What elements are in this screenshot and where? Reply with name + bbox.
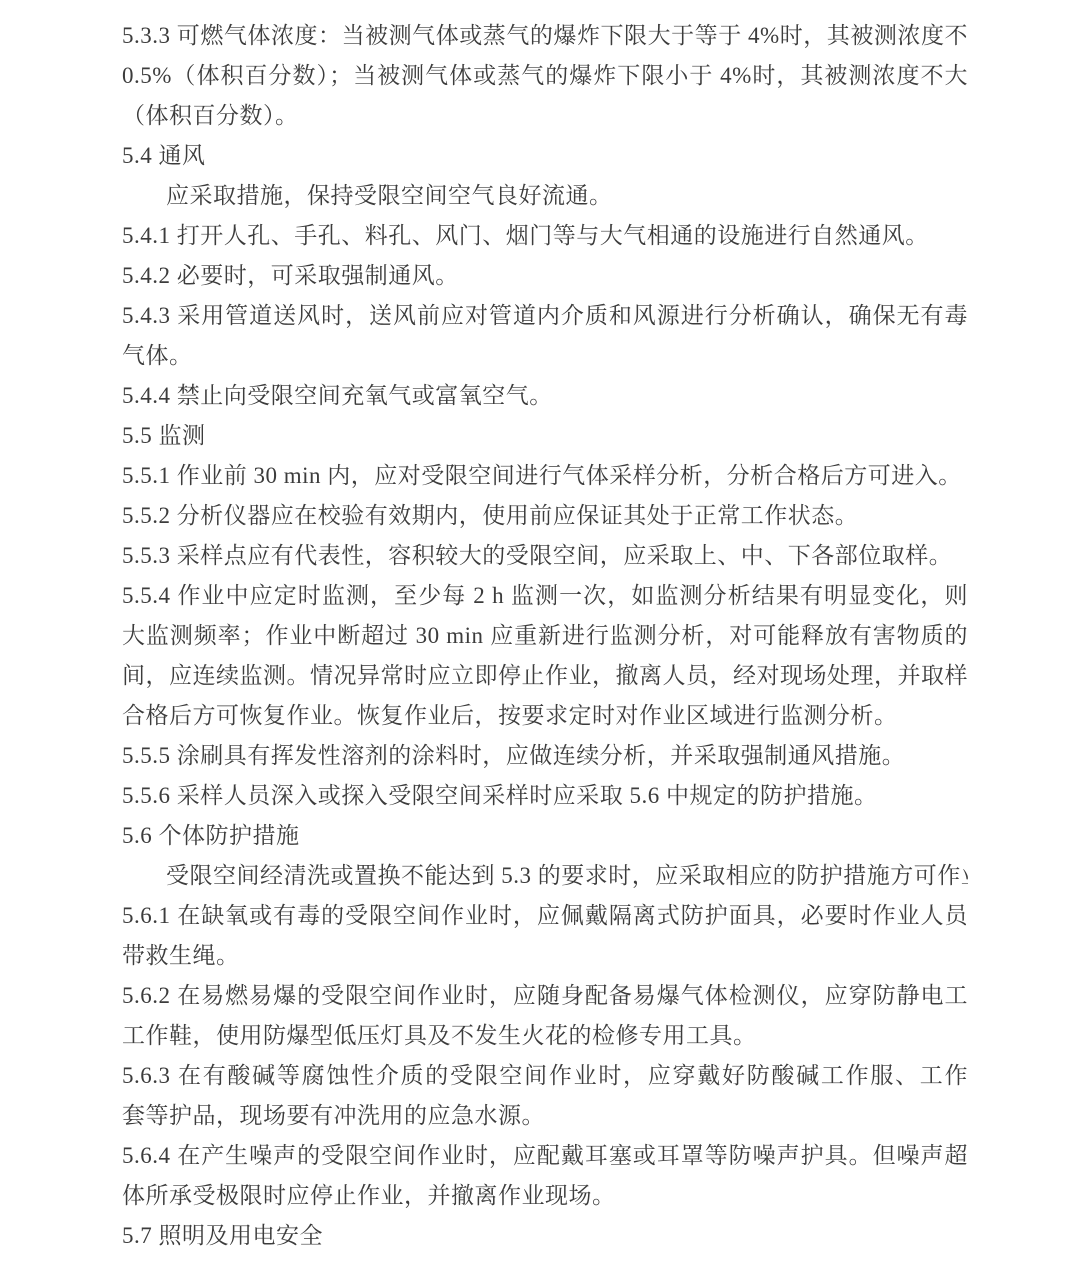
text-line: 5.6.3 在有酸碱等腐蚀性介质的受限空间作业时，应穿戴好防酸碱工作服、工作鞋、… xyxy=(122,1056,968,1096)
text-line: 受限空间经清洗或置换不能达到 5.3 的要求时，应采取相应的防护措施方可作业。 xyxy=(122,856,968,896)
text-line: 气体。 xyxy=(122,336,968,376)
text-line: 应采取措施，保持受限空间空气良好流通。 xyxy=(122,176,968,216)
text-line: （体积百分数）。 xyxy=(122,96,968,136)
text-line: 5.3.3 可燃气体浓度：当被测气体或蒸气的爆炸下限大于等于 4%时，其被测浓度… xyxy=(122,16,968,56)
text-line: 5.6.4 在产生噪声的受限空间作业时，应配戴耳塞或耳罩等防噪声护具。但噪声超过… xyxy=(122,1136,968,1176)
text-line: 5.4.1 打开人孔、手孔、料孔、风门、烟门等与大气相通的设施进行自然通风。 xyxy=(122,216,968,256)
text-line: 5.5.1 作业前 30 min 内，应对受限空间进行气体采样分析，分析合格后方… xyxy=(122,456,968,496)
text-line: 5.4.2 必要时，可采取强制通风。 xyxy=(122,256,968,296)
text-line: 5.4 通风 xyxy=(122,136,968,176)
text-line: 0.5%（体积百分数）；当被测气体或蒸气的爆炸下限小于 4%时，其被测浓度不大于… xyxy=(122,56,968,96)
text-line: 5.5 监测 xyxy=(122,416,968,456)
text-line: 带救生绳。 xyxy=(122,936,968,976)
text-line: 大监测频率；作业中断超过 30 min 应重新进行监测分析，对可能释放有害物质的… xyxy=(122,616,968,656)
text-line: 合格后方可恢复作业。恢复作业后，按要求定时对作业区域进行监测分析。 xyxy=(122,696,968,736)
document-page: 5.3.3 可燃气体浓度：当被测气体或蒸气的爆炸下限大于等于 4%时，其被测浓度… xyxy=(0,0,1080,1272)
text-line: 5.6.1 在缺氧或有毒的受限空间作业时，应佩戴隔离式防护面具，必要时作业人员应… xyxy=(122,896,968,936)
document-lines: 5.3.3 可燃气体浓度：当被测气体或蒸气的爆炸下限大于等于 4%时，其被测浓度… xyxy=(122,16,968,1256)
text-line: 5.4.3 采用管道送风时，送风前应对管道内介质和风源进行分析确认，确保无有毒有… xyxy=(122,296,968,336)
text-line: 5.5.6 采样人员深入或探入受限空间采样时应采取 5.6 中规定的防护措施。 xyxy=(122,776,968,816)
text-line: 5.5.3 采样点应有代表性，容积较大的受限空间，应采取上、中、下各部位取样。 xyxy=(122,536,968,576)
text-line: 5.5.4 作业中应定时监测，至少每 2 h 监测一次，如监测分析结果有明显变化… xyxy=(122,576,968,616)
text-line: 5.6 个体防护措施 xyxy=(122,816,968,856)
text-line: 5.5.5 涂刷具有挥发性溶剂的涂料时，应做连续分析，并采取强制通风措施。 xyxy=(122,736,968,776)
text-line: 5.5.2 分析仪器应在校验有效期内，使用前应保证其处于正常工作状态。 xyxy=(122,496,968,536)
text-line: 5.6.2 在易燃易爆的受限空间作业时，应随身配备易爆气体检测仪，应穿防静电工作… xyxy=(122,976,968,1016)
text-line: 体所承受极限时应停止作业，并撤离作业现场。 xyxy=(122,1176,968,1216)
text-line: 5.4.4 禁止向受限空间充氧气或富氧空气。 xyxy=(122,376,968,416)
text-line: 间，应连续监测。情况异常时应立即停止作业，撤离人员，经对现场处理，并取样分析 xyxy=(122,656,968,696)
text-line: 套等护品，现场要有冲洗用的应急水源。 xyxy=(122,1096,968,1136)
text-line: 5.7 照明及用电安全 xyxy=(122,1216,968,1256)
text-line: 工作鞋，使用防爆型低压灯具及不发生火花的检修专用工具。 xyxy=(122,1016,968,1056)
